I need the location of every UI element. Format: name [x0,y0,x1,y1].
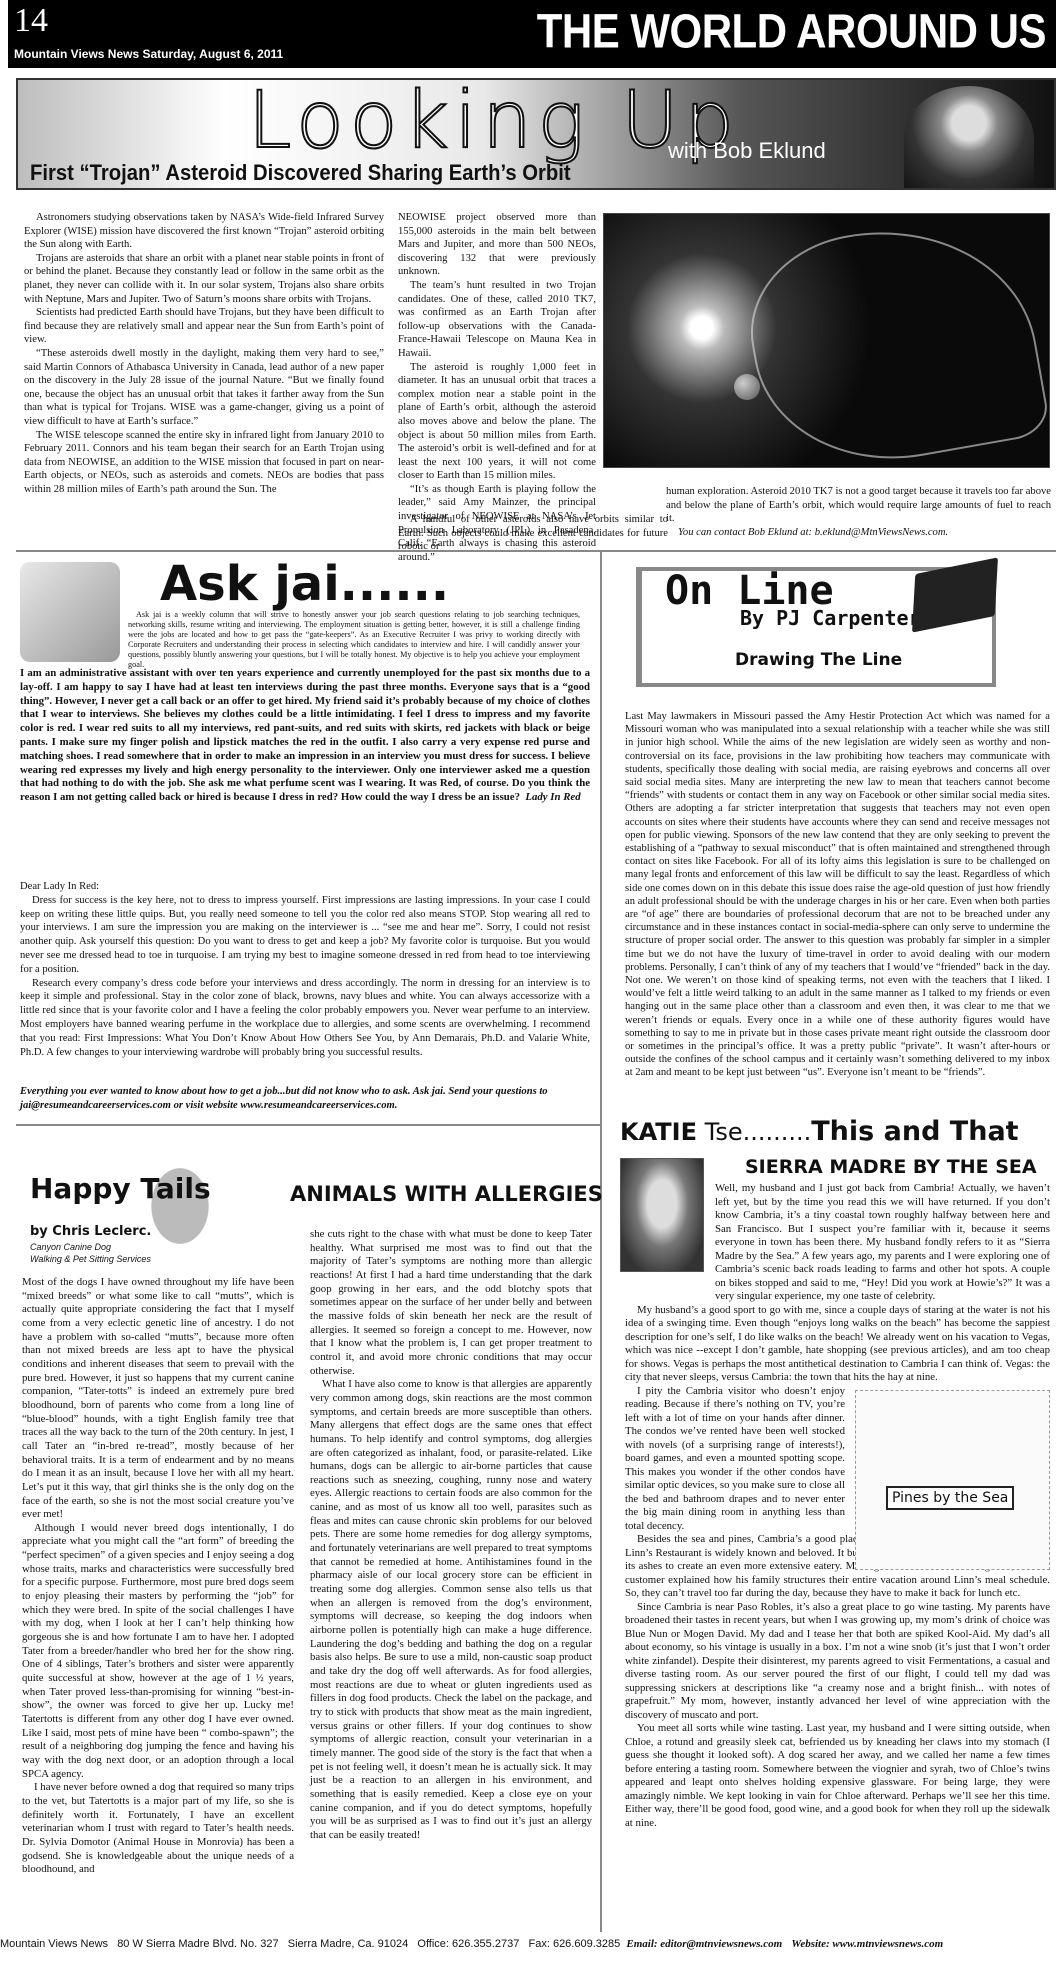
page-footer: Mountain Views News 80 W Sierra Madre Bl… [0,1938,1056,1950]
asteroid-orbit-illustration [603,213,1050,468]
paragraph: You meet all sorts while wine tasting. L… [625,1722,1050,1830]
on-line-byline: By PJ Carpenter [740,606,921,630]
happy-tails-byline: by Chris Leclerc. [30,1224,151,1239]
divider [16,1124,600,1126]
paragraph: My husband’s a good sport to go with me,… [625,1304,1050,1385]
pines-by-the-sea-cartoon: Pines by the Sea [855,1390,1050,1570]
contact-line: You can contact Bob Eklund at: b.eklund@… [666,526,1051,540]
allergies-headline: ANIMALS WITH ALLERGIES [290,1182,603,1206]
happy-tails-col2: she cuts right to the chase with what mu… [310,1228,592,1843]
salutation: Dear Lady In Red: [20,880,590,894]
paragraph: Astronomers studying observations taken … [24,211,384,252]
earth-icon [734,374,760,400]
katie-tse-header: KATIE Tse.........This and That [620,1116,1019,1147]
footer-email[interactable]: Email: editor@mtnviewsnews.com [626,1938,782,1950]
banner-title: Looking Up [248,78,740,166]
divider [16,550,1056,552]
paragraph: she cuts right to the chase with what mu… [310,1228,592,1378]
paragraph: Although I would never breed dogs intent… [22,1522,294,1781]
paragraph: NEOWISE project observed more than 155,0… [398,211,596,279]
on-line-subtitle: Drawing The Line [735,650,902,670]
paragraph: I have never before owned a dog that req… [22,1781,294,1877]
looking-up-col2-end: A handful of other asteroids also have o… [398,513,668,554]
ask-jai-title: Ask jai...... [160,556,449,612]
ask-jai-footer: Everything you ever wanted to know about… [20,1085,590,1113]
katie-subtitle: SIERRA MADRE BY THE SEA [745,1156,1037,1178]
paragraph: Dress for success is the key here, not t… [20,894,590,977]
article-headline: First “Trojan” Asteroid Discovered Shari… [30,160,571,186]
paragraph: human exploration. Asteroid 2010 TK7 is … [666,485,1051,526]
on-line-body: Last May lawmakers in Missouri passed th… [625,710,1050,1080]
banner-byline: with Bob Eklund [668,138,826,164]
orbit-path [736,213,1050,468]
happy-tails-col1: Most of the dogs I have owned throughout… [22,1276,294,1877]
looking-up-col2: NEOWISE project observed more than 155,0… [398,211,596,564]
paragraph: I pity the Cambria visitor who doesn’t e… [625,1385,845,1534]
paragraph: Trojans are asteroids that share an orbi… [24,252,384,306]
author-photo [904,86,1034,190]
section-title: THE WORLD AROUND US [537,4,1046,59]
question-signature: Lady In Red [525,791,580,803]
masthead: 14 Mountain Views News Saturday, August … [8,0,1056,68]
paragraph: The team’s hunt resulted in two Trojan c… [398,279,596,361]
answer: Dear Lady In Red: Dress for success is t… [20,880,590,1059]
date-line: Mountain Views News Saturday, August 6, … [14,47,283,61]
happy-tails-title: Happy Tails [30,1172,211,1205]
looking-up-col3: human exploration. Asteroid 2010 TK7 is … [666,485,1051,539]
paragraph: What I have also come to know is that al… [310,1378,592,1842]
paragraph: The asteroid is roughly 1,000 feet in di… [398,361,596,483]
paragraph: The WISE telescope scanned the entire sk… [24,429,384,497]
paragraph: A handful of other asteroids also have o… [398,513,668,554]
paragraph: Research every company’s dress code befo… [20,977,590,1060]
reader-question: I am an administrative assistant with ov… [20,667,590,805]
paragraph: Since Cambria is near Paso Robles, it’s … [625,1601,1050,1723]
looking-up-col1: Astronomers studying observations taken … [24,211,384,496]
paragraph: Most of the dogs I have owned throughout… [22,1276,294,1522]
page-number: 14 [14,2,48,40]
paragraph: “These asteroids dwell mostly in the day… [24,347,384,429]
footer-website[interactable]: Website: www.mtnviewsnews.com [791,1938,943,1950]
happy-tails-company: Canyon Canine Dog Walking & Pet Sitting … [30,1241,151,1265]
cartoon-label: Pines by the Sea [886,1486,1014,1510]
paragraph: Well, my husband and I just got back fro… [715,1182,1050,1304]
divider [600,552,602,1932]
looking-up-banner: Looking Up with Bob Eklund First “Trojan… [16,78,1056,190]
paragraph: Scientists had predicted Earth should ha… [24,306,384,347]
ask-jai-illustration [20,562,120,662]
ask-jai-intro: Ask jai is a weekly column that will str… [128,610,580,670]
